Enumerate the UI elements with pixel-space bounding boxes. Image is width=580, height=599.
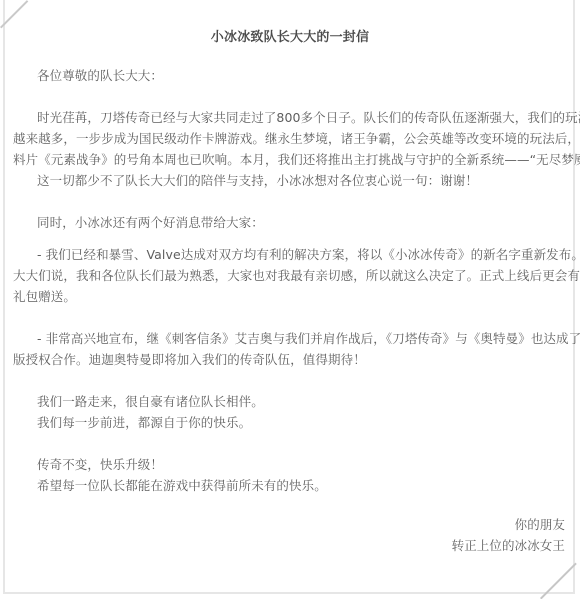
paragraph-line: 时光荏苒，刀塔传奇已经与大家共同走过了800多个日子。队长们的传奇队伍逐渐强大，… bbox=[37, 110, 580, 126]
letter-title: 小冰冰致队长大大的一封信 bbox=[0, 26, 580, 45]
closing-line: 传奇不变，快乐升级！ bbox=[37, 457, 163, 473]
paragraph-thanks: 这一切都少不了队长大大们的陪伴与支持，小冰冰想对各位衷心说一句：谢谢！ bbox=[37, 173, 478, 189]
greeting: 各位尊敬的队长大大： bbox=[37, 68, 163, 84]
closing-line: 希望每一位队长都能在游戏中获得前所未有的快乐。 bbox=[37, 478, 327, 494]
news-line: - 我们已经和暴雪、Valve达成对双方均有利的解决方案，将以《小冰冰传奇》的新… bbox=[37, 247, 580, 263]
news-line: - 非常高兴地宣布，继《刺客信条》艾吉奥与我们并肩作战后，《刀塔传奇》与《奥特曼… bbox=[37, 331, 580, 347]
news-line: 版授权合作。迪迦奥特曼即将加入我们的传奇队伍，值得期待！ bbox=[13, 352, 366, 368]
closing-line: 我们每一步前进，都源自于你的快乐。 bbox=[37, 415, 251, 431]
paragraph-good-news-intro: 同时，小冰冰还有两个好消息带给大家： bbox=[37, 215, 264, 231]
news-line: 大大们说，我和各位队长们最为熟悉，大家也对我最有亲切感，所以就这么决定了。正式上… bbox=[13, 268, 580, 284]
paragraph-line: 越来越多，一步步成为国民级动作卡牌游戏。继永生梦境，诸王争霸，公会英雄等改变环境… bbox=[13, 131, 580, 147]
closing-line: 我们一路走来，很自豪有诸位队长相伴。 bbox=[37, 394, 264, 410]
letter-frame bbox=[3, 0, 575, 594]
news-line: 礼包赠送。 bbox=[13, 289, 76, 305]
signature-name: 转正上位的冰冰女王 bbox=[452, 538, 565, 554]
signature-friend: 你的朋友 bbox=[515, 517, 565, 533]
paragraph-line: 料片《元素战争》的号角本周也已吹响。本月，我们还将推出主打挑战与守护的全新系统—… bbox=[13, 152, 580, 168]
